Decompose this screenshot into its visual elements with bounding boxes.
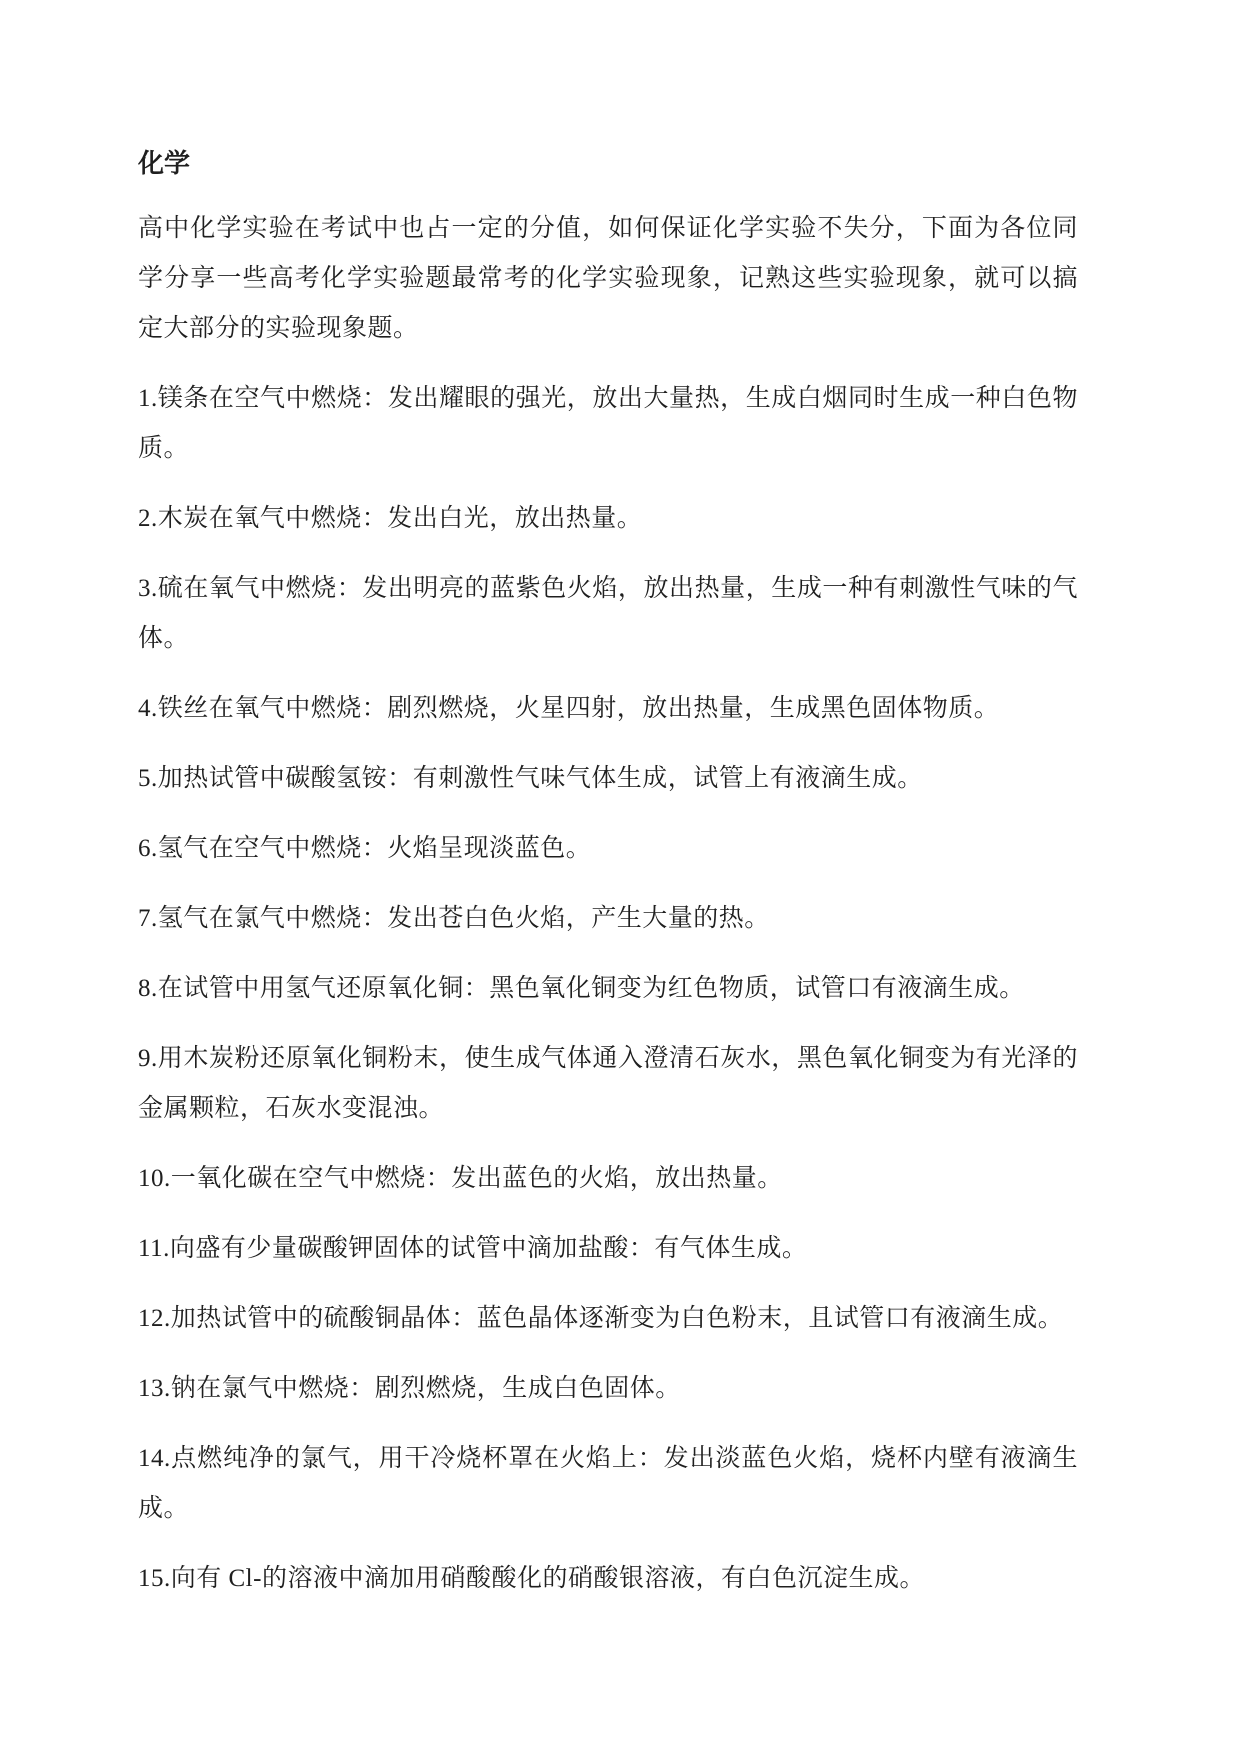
experiment-item-7: 7.氢气在氯气中燃烧：发出苍白色火焰，产生大量的热。: [138, 894, 1078, 944]
experiment-item-5: 5.加热试管中碳酸氢铵：有刺激性气味气体生成，试管上有液滴生成。: [138, 754, 1078, 804]
experiment-item-11: 11.向盛有少量碳酸钾固体的试管中滴加盐酸：有气体生成。: [138, 1224, 1078, 1274]
experiment-item-14: 14.点燃纯净的氯气，用干冷烧杯罩在火焰上：发出淡蓝色火焰，烧杯内壁有液滴生成。: [138, 1434, 1078, 1534]
experiment-item-9: 9.用木炭粉还原氧化铜粉末，使生成气体通入澄清石灰水，黑色氧化铜变为有光泽的金属…: [138, 1034, 1078, 1134]
experiment-item-2: 2.木炭在氧气中燃烧：发出白光，放出热量。: [138, 494, 1078, 544]
page-title: 化学: [138, 150, 1078, 178]
experiment-item-8: 8.在试管中用氢气还原氧化铜：黑色氧化铜变为红色物质，试管口有液滴生成。: [138, 964, 1078, 1014]
experiment-item-15: 15.向有 Cl-的溶液中滴加用硝酸酸化的硝酸银溶液，有白色沉淀生成。: [138, 1554, 1078, 1604]
intro-paragraph: 高中化学实验在考试中也占一定的分值，如何保证化学实验不失分，下面为各位同学分享一…: [138, 204, 1078, 354]
experiment-item-4: 4.铁丝在氧气中燃烧：剧烈燃烧，火星四射，放出热量，生成黑色固体物质。: [138, 684, 1078, 734]
experiment-item-3: 3.硫在氧气中燃烧：发出明亮的蓝紫色火焰，放出热量，生成一种有刺激性气味的气体。: [138, 564, 1078, 664]
document-page: 化学 高中化学实验在考试中也占一定的分值，如何保证化学实验不失分，下面为各位同学…: [0, 0, 1242, 1757]
experiment-item-6: 6.氢气在空气中燃烧：火焰呈现淡蓝色。: [138, 824, 1078, 874]
experiment-item-13: 13.钠在氯气中燃烧：剧烈燃烧，生成白色固体。: [138, 1364, 1078, 1414]
experiment-item-10: 10.一氧化碳在空气中燃烧：发出蓝色的火焰，放出热量。: [138, 1154, 1078, 1204]
experiment-item-12: 12.加热试管中的硫酸铜晶体：蓝色晶体逐渐变为白色粉末，且试管口有液滴生成。: [138, 1294, 1078, 1344]
experiment-item-1: 1.镁条在空气中燃烧：发出耀眼的强光，放出大量热，生成白烟同时生成一种白色物质。: [138, 374, 1078, 474]
